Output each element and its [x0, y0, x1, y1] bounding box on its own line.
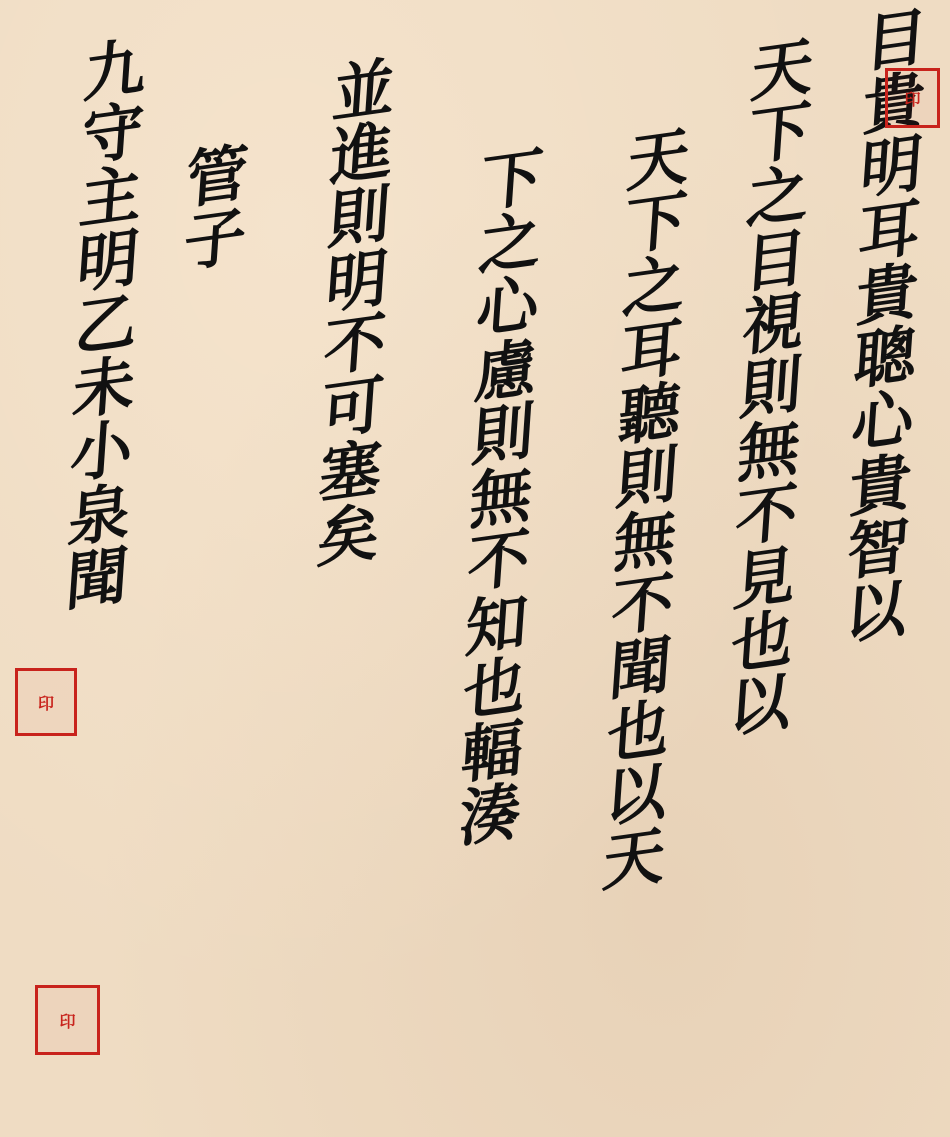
- column-text: 下之心慮則無不知也輻湊: [458, 146, 544, 849]
- column-text: 天下之耳聽則無不聞也以天: [602, 126, 690, 893]
- column-text: 九守主明乙未小泉聞: [65, 36, 147, 612]
- calligraphy-column-3: 天下之耳聽則無不聞也以天: [615, 130, 677, 889]
- column-text: 管子: [183, 143, 249, 274]
- top-right-seal: 印: [885, 68, 940, 128]
- bottom-left-seal: 印: [35, 985, 100, 1055]
- column-text: 天下之目視則無不見也以: [728, 36, 814, 739]
- left-middle-seal: 印: [15, 668, 77, 736]
- calligraphy-column-2: 天下之目視則無不見也以: [740, 40, 802, 736]
- calligraphy-column-5: 並進則明不可塞矣: [325, 60, 387, 566]
- calligraphy-column-4: 下之心慮則無不知也輻湊: [470, 150, 532, 846]
- calligraphy-column-7: 九守主明乙未小泉聞: [75, 40, 137, 609]
- seal-text: 印: [59, 1009, 75, 1032]
- column-text: 並進則明不可塞矣: [316, 57, 396, 570]
- calligraphy-column-6: 管子: [185, 145, 247, 271]
- seal-text: 印: [38, 691, 54, 714]
- seal-text: 印: [904, 87, 920, 110]
